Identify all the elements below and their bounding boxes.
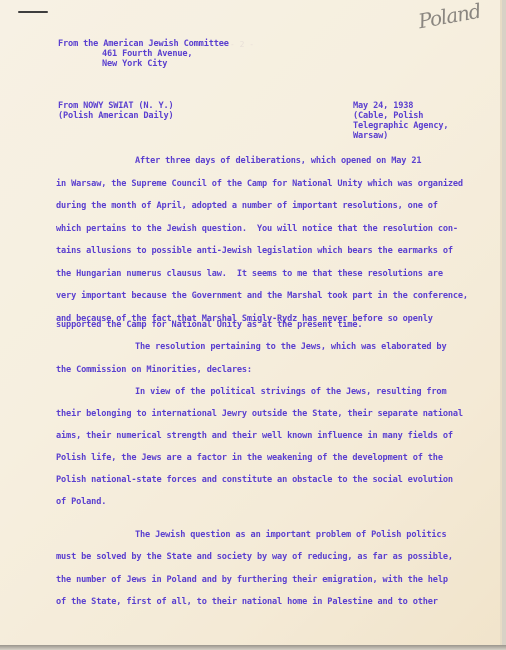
body-line: their belonging to international Jewry o… bbox=[56, 409, 463, 419]
body-line: the Commission on Minorities, declares: bbox=[56, 365, 252, 375]
body-line: Polish national-state forces and constit… bbox=[56, 475, 453, 485]
body-line: of Poland. bbox=[56, 497, 106, 507]
letterhead-line: New York City bbox=[102, 59, 167, 69]
body-line: tains allusions to possible anti-Jewish … bbox=[56, 246, 453, 256]
dateline: May 24, 1938 (Cable, Polish Telegraphic … bbox=[353, 101, 373, 161]
body-line: supported the Camp for National Unity as… bbox=[56, 320, 362, 330]
scan-edge-shadow bbox=[0, 645, 506, 650]
document-page: Poland - 2 - From the American Jewish Co… bbox=[0, 0, 502, 647]
body-line: After three days of deliberations, which… bbox=[135, 156, 421, 166]
body-text-continued: The resolution pertaining to the Jews, w… bbox=[56, 0, 76, 140]
body-line: the Hungarian numerus clausus law. It se… bbox=[56, 269, 443, 279]
body-line: The resolution pertaining to the Jews, w… bbox=[135, 342, 446, 352]
body-line: in Warsaw, the Supreme Council of the Ca… bbox=[56, 179, 463, 189]
body-line: during the month of April, adopted a num… bbox=[56, 201, 438, 211]
handwritten-note: Poland bbox=[416, 0, 482, 33]
bleed-through-page-number: - 2 - bbox=[230, 40, 254, 49]
body-line: must be solved by the State and society … bbox=[56, 552, 453, 562]
dateline-line: Warsaw) bbox=[353, 131, 388, 141]
body-line: very important because the Government an… bbox=[56, 291, 468, 301]
body-line: of the State, first of all, to their nat… bbox=[56, 597, 438, 607]
dateline-line: Telegraphic Agency, bbox=[353, 121, 448, 131]
body-line: The Jewish question as an important prob… bbox=[135, 530, 446, 540]
pencil-mark bbox=[18, 11, 48, 13]
letterhead-line: 461 Fourth Avenue, bbox=[102, 49, 192, 59]
body-line: In view of the political strivings of th… bbox=[135, 387, 446, 397]
dateline-line: (Cable, Polish bbox=[353, 111, 423, 121]
letterhead-line: From the American Jewish Committee bbox=[58, 39, 229, 49]
body-line: Polish life, the Jews are a factor in th… bbox=[56, 453, 443, 463]
body-line: which pertains to the Jewish question. Y… bbox=[56, 224, 458, 234]
dateline-line: May 24, 1938 bbox=[353, 101, 413, 111]
body-line: the number of Jews in Poland and by furt… bbox=[56, 575, 448, 585]
body-line: aims, their numerical strength and their… bbox=[56, 431, 453, 441]
